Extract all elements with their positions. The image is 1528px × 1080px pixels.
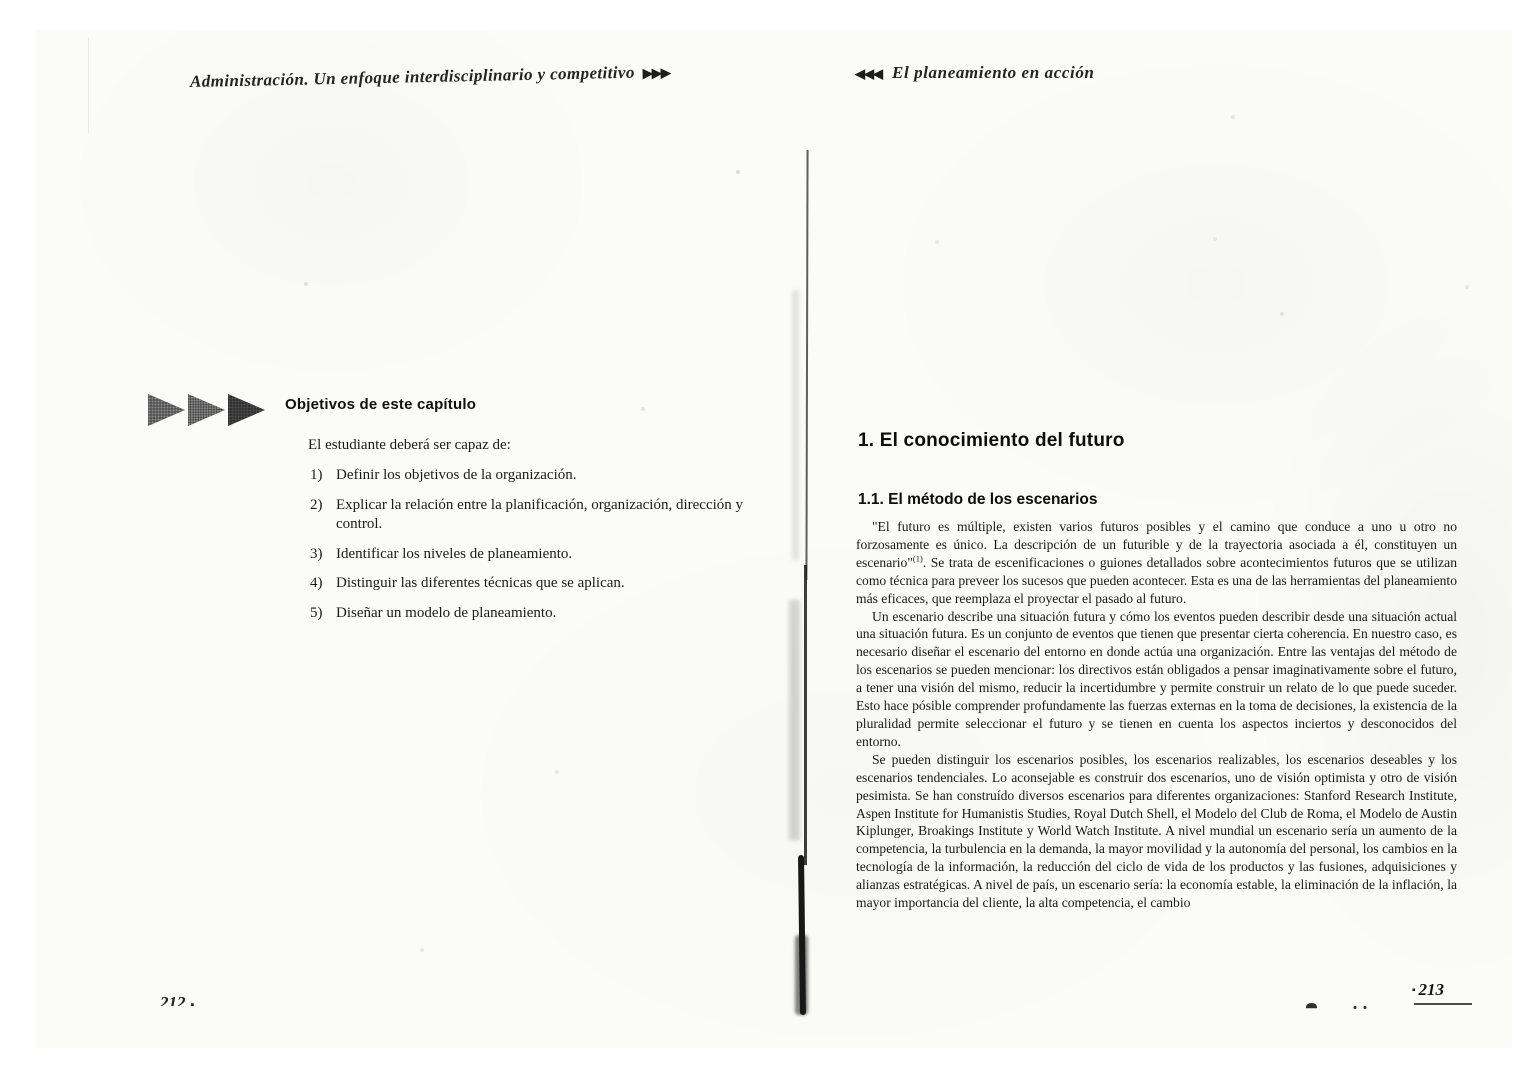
list-item: 4) Distinguir las diferentes técnicas qu… (310, 574, 788, 594)
right-triangle-icon (188, 394, 225, 426)
subsection-title: 1.1. El método de los escenarios (858, 491, 1097, 509)
list-item-number: 4) (310, 574, 336, 594)
scan-artifact (88, 38, 89, 133)
list-item-number: 3) (310, 545, 336, 565)
page-gutter-line (804, 565, 807, 865)
list-item-number: 5) (310, 604, 336, 624)
list-item-text: Distinguir las diferentes técnicas que s… (336, 574, 788, 594)
page-number-underline (1414, 1003, 1472, 1005)
right-triangle-icon (148, 394, 185, 426)
scan-artifact (789, 600, 800, 840)
scan-artifact (795, 935, 808, 1015)
objectives-list: 1) Definir los objetivos de la organizac… (310, 466, 788, 633)
chapter-arrows-icon (148, 394, 268, 426)
page-number-right-value: 213 (1419, 980, 1445, 999)
list-item-text: Diseñar un modelo de planeamiento. (336, 604, 788, 624)
paragraph-text: . Se trata de escenificaciones o guiones… (856, 555, 1457, 606)
running-header-right-text: El planeamiento en acción (892, 63, 1094, 82)
paragraph: Se pueden distinguir los escenarios posi… (856, 751, 1457, 912)
page-number-right: ▪213 (1412, 980, 1444, 1000)
list-item-text: Explicar la relación entre la planificac… (336, 496, 788, 535)
list-item-number: 1) (310, 466, 336, 486)
paragraph: "El futuro es múltiple, existen varios f… (856, 518, 1457, 608)
scan-artifact (0, 0, 2, 2)
square-bullet-icon: ▪ (191, 999, 195, 1006)
triple-left-arrows-icon: ◀◀◀ (855, 66, 882, 81)
section-title: 1. El conocimiento del futuro (858, 430, 1125, 452)
list-item: 2) Explicar la relación entre la planifi… (310, 496, 788, 535)
list-item-text: Identificar los niveles de planeamiento. (336, 545, 788, 565)
square-bullet-icon: ▪ (1412, 985, 1416, 996)
list-item: 5) Diseñar un modelo de planeamiento. (310, 604, 788, 624)
objectives-title: Objetivos de este capítulo (285, 396, 476, 413)
page-number-left: 212▪ (160, 993, 194, 1006)
running-header-right: ◀◀◀El planeamiento en acción (855, 63, 1094, 83)
list-item-number: 2) (310, 496, 336, 535)
paragraph: Un escenario describe una situación futu… (856, 608, 1457, 751)
list-item: 3) Identificar los niveles de planeamien… (310, 545, 788, 565)
page-number-left-value: 212 (160, 993, 186, 1006)
triple-right-arrows-icon: ▶▶▶ (643, 65, 670, 81)
list-item: 1) Definir los objetivos de la organizac… (310, 466, 788, 486)
book-scan-page: Administración. Un enfoque interdiscipli… (0, 0, 1528, 1080)
objectives-intro: El estudiante deberá ser capaz de: (308, 437, 511, 454)
list-item-text: Definir los objetivos de la organización… (336, 466, 788, 486)
footnote-marker: (1) (913, 553, 923, 563)
scan-artifact (792, 290, 799, 560)
scan-artifact (1352, 1005, 1368, 1010)
right-triangle-icon (228, 394, 265, 426)
body-text-column: "El futuro es múltiple, existen varios f… (856, 518, 1457, 912)
